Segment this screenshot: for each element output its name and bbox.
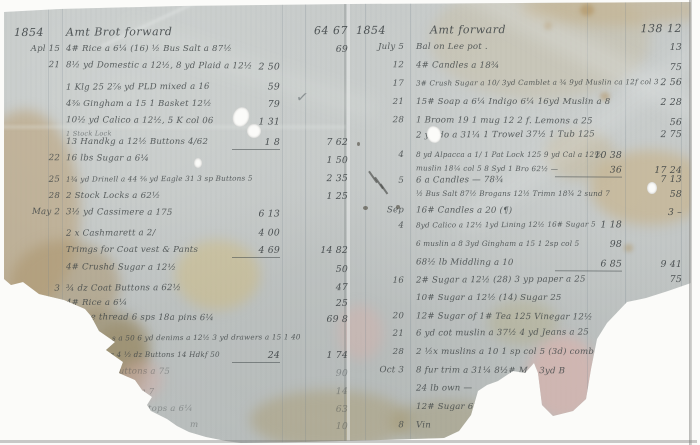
entry-amount-outer: 56 xyxy=(622,117,682,128)
entry-date: Oct 3 xyxy=(352,365,404,375)
entry-date: 8 xyxy=(352,420,404,430)
entry-description: 24 lb own — xyxy=(416,383,472,393)
entry-amount-outer: 2 28 xyxy=(622,97,682,108)
scan-edge-right xyxy=(689,0,692,445)
entry-date: 16 xyxy=(352,276,404,286)
entry-date: 21 xyxy=(352,97,404,107)
entry-description: Amt forward xyxy=(430,23,506,36)
ledger-row: 8Vin xyxy=(0,418,700,435)
entry-description: 2# Sugar a 12½ (28) 3 yp paper a 25 xyxy=(416,275,586,286)
entry-description: 6 a Candles — 78¾ xyxy=(416,175,504,186)
entry-amount-inner: 1 18 xyxy=(555,219,622,230)
entry-amount-inner: 98 xyxy=(555,239,622,250)
entry-amount-outer: 9 41 xyxy=(622,259,682,270)
entry-description: Vin xyxy=(416,420,431,430)
entry-date: 4 xyxy=(352,221,404,231)
paper-hole xyxy=(247,124,261,138)
entry-date: 1854 xyxy=(356,24,408,37)
entry-date: 4 xyxy=(352,150,404,160)
scan-edge-bottom xyxy=(0,440,697,443)
entry-description: 8 fur trim a 31¼ 8½# M 5 3yd B xyxy=(416,365,565,376)
scanned-ledger-photo: 1854Amt Brot forward64 67Apl 154# Rice a… xyxy=(0,0,700,445)
entry-amount-inner: 10 38 xyxy=(555,150,622,161)
ledger-row: 282 ½x muslins a 10 1 sp col 5 (3d) comb… xyxy=(0,347,700,360)
entry-description: Bal on Lee pot . xyxy=(416,42,488,52)
entry-date: July 5 xyxy=(352,42,404,52)
entry-amount-outer: 13 xyxy=(622,42,682,53)
entry-description: 2 ½x muslins a 10 1 sp col 5 (3d) comb 3… xyxy=(416,347,608,357)
entry-description: 4# Candles a 18¾ xyxy=(416,60,499,71)
ink-speck xyxy=(396,205,400,209)
entry-date: 28 xyxy=(352,115,404,125)
pencil-checkmark: ✓ xyxy=(295,87,310,107)
entry-description: ½ Bus Salt 87½ Brogans 12½ Trimn 18¾ 2 s… xyxy=(416,189,610,198)
entry-amount-outer: 138 12 xyxy=(622,22,682,35)
paper-hole xyxy=(647,182,657,194)
entry-date: 12 xyxy=(352,60,404,70)
ledger-row: 6 muslin a 8 3yd Gingham a 15 1 2sp col … xyxy=(0,239,700,252)
ledger-row: 2115# Soap a 6¼ Indigo 6¼ 16yd Muslin a … xyxy=(0,97,700,110)
entry-description: 6 yd cot muslin a 37½ 4 yd Jeans a 25 xyxy=(416,328,589,339)
entry-description: 68½ lb Middling a 10 xyxy=(416,257,514,268)
entry-description: 16# Candles a 20 (¶) xyxy=(416,205,512,216)
entry-description: 12# Sugar of 1# Tea 125 Vinegar 12½ xyxy=(416,311,593,322)
entry-description: 1 Broom 19 1 mug 12 2 f. Lemons a 25 xyxy=(416,115,593,126)
entry-description: 10# Sugar a 12½ (14) Sugar 25 xyxy=(416,293,562,303)
entry-date: 20 xyxy=(352,311,404,321)
entry-amount-outer: 75 xyxy=(622,274,682,285)
entry-description: 12# Sugar 6½ xyxy=(416,402,482,412)
entry-date: 21 xyxy=(352,329,404,339)
ledger-row: 12# Sugar 6½ xyxy=(0,402,700,415)
entry-date: 17 xyxy=(352,79,404,89)
paper-hole xyxy=(194,158,202,168)
ledger-row: July 5Bal on Lee pot .13 xyxy=(0,42,700,55)
ledger-paper: 1854Amt Brot forward64 67Apl 154# Rice a… xyxy=(0,0,700,445)
entry-amount-outer: 2 56 xyxy=(622,77,682,88)
entry-amount-outer: 3 – xyxy=(622,207,682,218)
entry-description: 2 yd do a 31¼ 1 Trowel 37½ 1 Tub 125 xyxy=(416,130,595,141)
entry-description: 15# Soap a 6¼ Indigo 6¼ 16yd Muslin a 8 xyxy=(416,97,610,107)
entry-amount-outer: 2 75 xyxy=(622,129,682,140)
entry-amount-inner: 6 85 xyxy=(555,258,622,271)
ledger-row: Oct 38 fur trim a 31¼ 8½# M 5 3yd B xyxy=(0,363,700,380)
ledger-row: ½ Bus Salt 87½ Brogans 12½ Trimn 18¾ 2 s… xyxy=(0,189,700,202)
ink-speck xyxy=(363,206,368,210)
ledger-row: 24 lb own — xyxy=(0,382,700,399)
entry-amount-outer: 75 xyxy=(622,62,682,73)
entry-date: 28 xyxy=(352,347,404,357)
ledger-row: 10# Sugar a 12½ (14) Sugar 25 xyxy=(0,293,700,306)
entry-description: muslin 18¼ col 5 8 Syd 1 Bro 62½ — xyxy=(416,163,558,173)
ink-speck xyxy=(357,142,360,146)
